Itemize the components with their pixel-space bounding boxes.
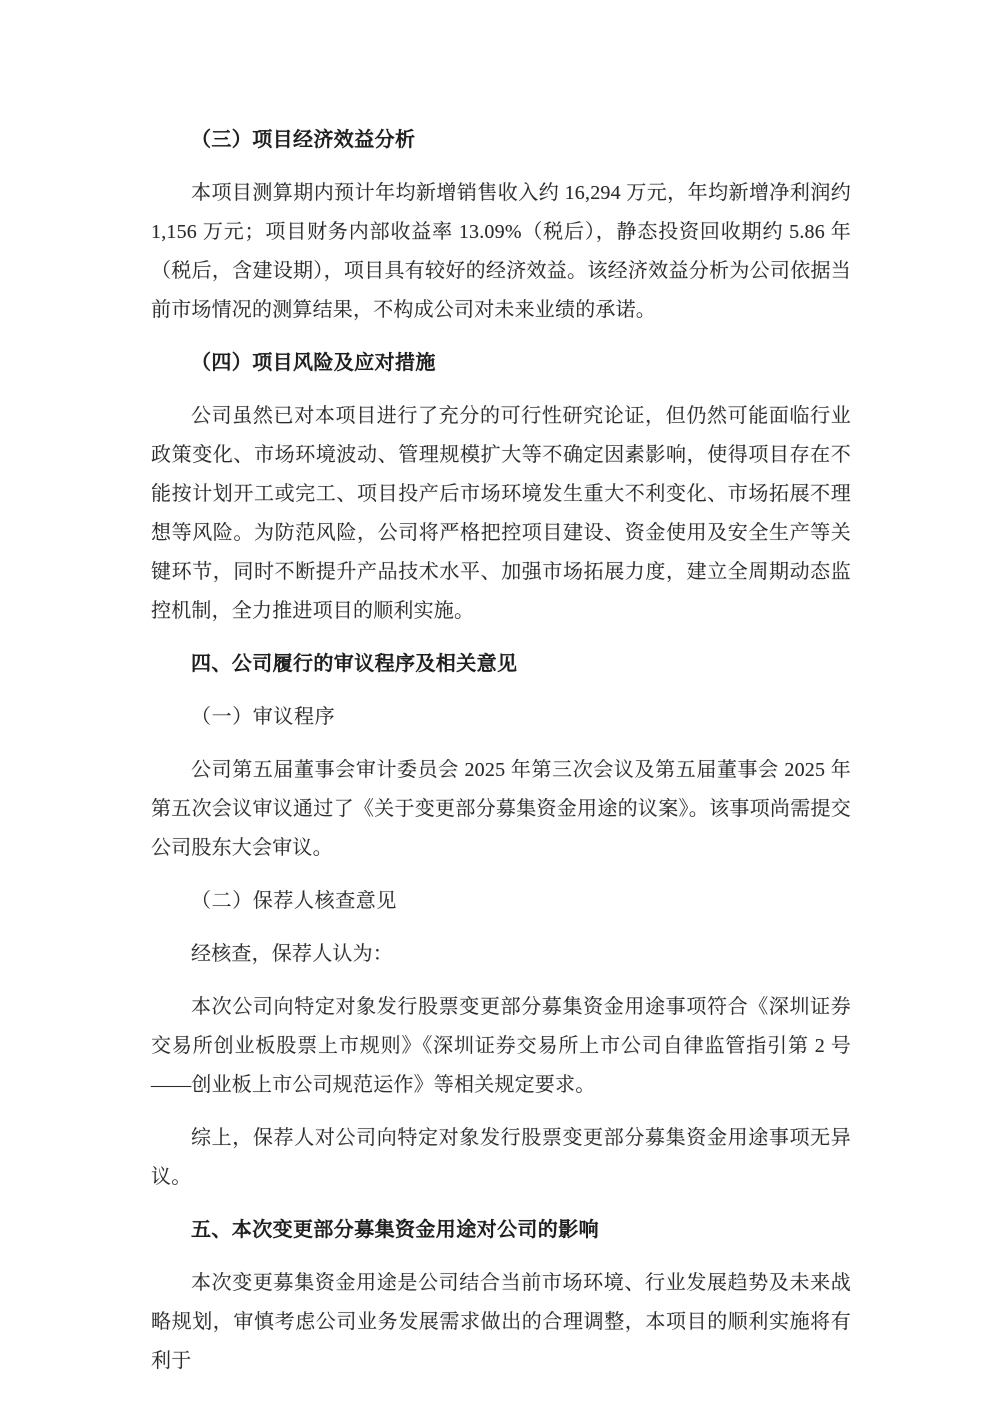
para-compliance-rules: 本次公司向特定对象发行股票变更部分募集资金用途事项符合《深圳证券交易所创业板股票… [151,988,851,1105]
para-change-impact: 本次变更募集资金用途是公司结合当前市场环境、行业发展趋势及未来战略规划，审慎考虑… [151,1264,851,1381]
document-page: （三）项目经济效益分析 本项目测算期内预计年均新增销售收入约 16,294 万元… [0,0,1000,1414]
subheading-review-procedure: （一）审议程序 [151,698,851,737]
heading-economic-benefit-analysis: （三）项目经济效益分析 [151,121,851,160]
para-project-risks: 公司虽然已对本项目进行了充分的可行性研究论证，但仍然可能面临行业政策变化、市场环… [151,397,851,631]
heading-impact-on-company: 五、本次变更部分募集资金用途对公司的影响 [151,1211,851,1250]
heading-project-risks: （四）项目风险及应对措施 [151,344,851,383]
heading-review-procedures: 四、公司履行的审议程序及相关意见 [151,645,851,684]
subheading-sponsor-opinion: （二）保荐人核查意见 [151,882,851,921]
para-no-objection: 综上，保荐人对公司向特定对象发行股票变更部分募集资金用途事项无异议。 [151,1119,851,1197]
para-board-meetings: 公司第五届董事会审计委员会 2025 年第三次会议及第五届董事会 2025 年第… [151,751,851,868]
para-economic-benefit: 本项目测算期内预计年均新增销售收入约 16,294 万元，年均新增净利润约 1,… [151,174,851,330]
para-after-verification: 经核查，保荐人认为： [151,935,851,974]
